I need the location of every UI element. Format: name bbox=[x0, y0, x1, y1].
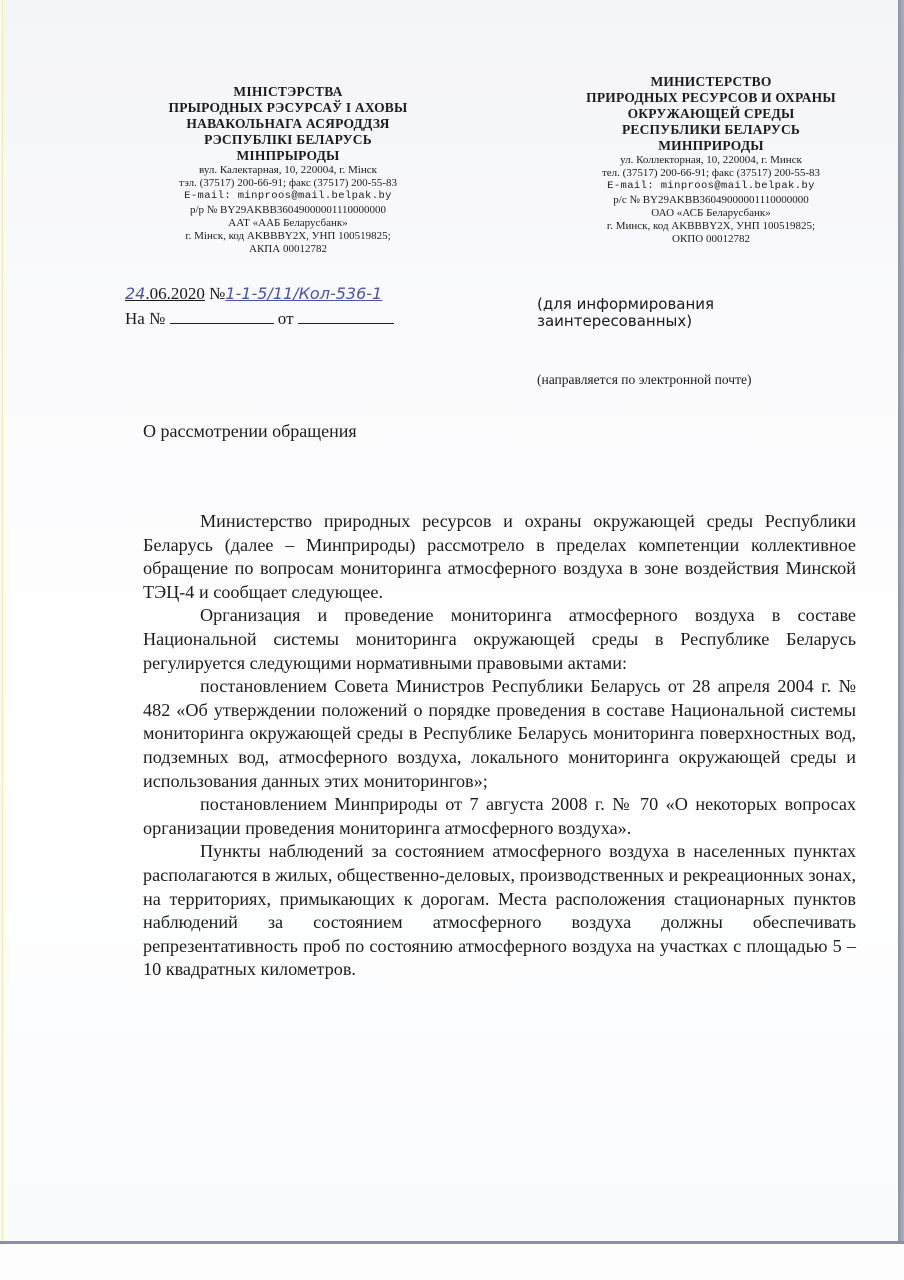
org-okpo: АКПА 00012782 bbox=[133, 243, 443, 256]
body-paragraph: постановлением Совета Министров Республи… bbox=[143, 675, 856, 793]
body-paragraph: Пункты наблюдений за состоянием атмосфер… bbox=[143, 840, 856, 982]
reference-line: На № от bbox=[125, 308, 394, 329]
org-name-line: РЕСПУБЛИКИ БЕЛАРУСЬ bbox=[551, 122, 871, 138]
letter-subject: О рассмотрении обращения bbox=[143, 421, 357, 442]
org-okpo: ОКПО 00012782 bbox=[551, 233, 871, 246]
reference-date-blank bbox=[298, 308, 394, 324]
next-page-area bbox=[0, 1244, 904, 1280]
org-bank: ААТ «ААБ Беларусбанк» bbox=[133, 217, 443, 230]
registration-date: 24.06.2020 bbox=[125, 284, 205, 303]
letterhead-russian: МИНИСТЕРСТВО ПРИРОДНЫХ РЕСУРСОВ И ОХРАНЫ… bbox=[551, 74, 871, 246]
org-address: ул. Коллекторная, 10, 220004, г. Минск bbox=[551, 154, 871, 167]
org-short-name: МИНПРИРОДЫ bbox=[551, 138, 871, 154]
org-email: E-mail: minproos@mail.belpak.by bbox=[133, 190, 443, 203]
registration-date-number: 24.06.2020 №1-1-5/11/Кол-536-1 bbox=[125, 284, 382, 304]
org-address: вул. Калектарная, 10, 220004, г. Мінск bbox=[133, 164, 443, 177]
org-phone: тел. (37517) 200-66-91; факс (37517) 200… bbox=[551, 167, 871, 180]
org-name-line: ПРЫРОДНЫХ РЭСУРСАЎ І АХОВЫ bbox=[133, 100, 443, 116]
org-name-line: НАВАКОЛЬНАГА АСЯРОДДЗЯ bbox=[133, 116, 443, 132]
handwritten-day: 24 bbox=[125, 284, 145, 303]
org-bank-code: г. Минск, код AKBBBY2X, УНП 100519825; bbox=[551, 220, 871, 233]
body-paragraph: Организация и проведение мониторинга атм… bbox=[143, 604, 856, 675]
org-name-line: МІНІСТЭРСТВА bbox=[133, 84, 443, 100]
reference-number-blank bbox=[170, 308, 274, 324]
body-paragraph: Министерство природных ресурсов и охраны… bbox=[143, 510, 856, 604]
handwritten-registration-number: 1-1-5/11/Кол-536-1 bbox=[225, 284, 382, 303]
letter-body: Министерство природных ресурсов и охраны… bbox=[143, 510, 856, 982]
letterhead-belarusian: МІНІСТЭРСТВА ПРЫРОДНЫХ РЭСУРСАЎ І АХОВЫ … bbox=[133, 84, 443, 256]
org-name-line: ПРИРОДНЫХ РЕСУРСОВ И ОХРАНЫ bbox=[551, 90, 871, 106]
org-short-name: МІНПРЫРОДЫ bbox=[133, 148, 443, 164]
org-account: р/р № BY29AKBB36049000001110000000 bbox=[133, 204, 443, 217]
addressee: (для информирования заинтересованных) bbox=[537, 296, 714, 330]
reference-number-label: На № bbox=[125, 309, 165, 328]
number-sign: № bbox=[209, 284, 225, 303]
reference-from-label: от bbox=[278, 309, 294, 328]
document-page: МІНІСТЭРСТВА ПРЫРОДНЫХ РЭСУРСАЎ І АХОВЫ … bbox=[2, 0, 899, 1242]
org-name-line: РЭСПУБЛІКІ БЕЛАРУСЬ bbox=[133, 132, 443, 148]
org-bank-code: г. Мінск, код AKBBBY2X, УНП 100519825; bbox=[133, 230, 443, 243]
org-name-line: ОКРУЖАЮЩЕЙ СРЕДЫ bbox=[551, 106, 871, 122]
org-phone: тэл. (37517) 200-66-91; факс (37517) 200… bbox=[133, 177, 443, 190]
delivery-note: (направляется по электронной почте) bbox=[537, 372, 751, 388]
body-paragraph: постановлением Минприроды от 7 августа 2… bbox=[143, 793, 856, 840]
org-email: E-mail: minproos@mail.belpak.by bbox=[551, 180, 871, 193]
org-account: р/с № BY29AKBB36049000001110000000 bbox=[551, 194, 871, 207]
scan-edge-shadow bbox=[898, 0, 904, 1242]
org-bank: ОАО «АСБ Беларусбанк» bbox=[551, 207, 871, 220]
org-name-line: МИНИСТЕРСТВО bbox=[551, 74, 871, 90]
